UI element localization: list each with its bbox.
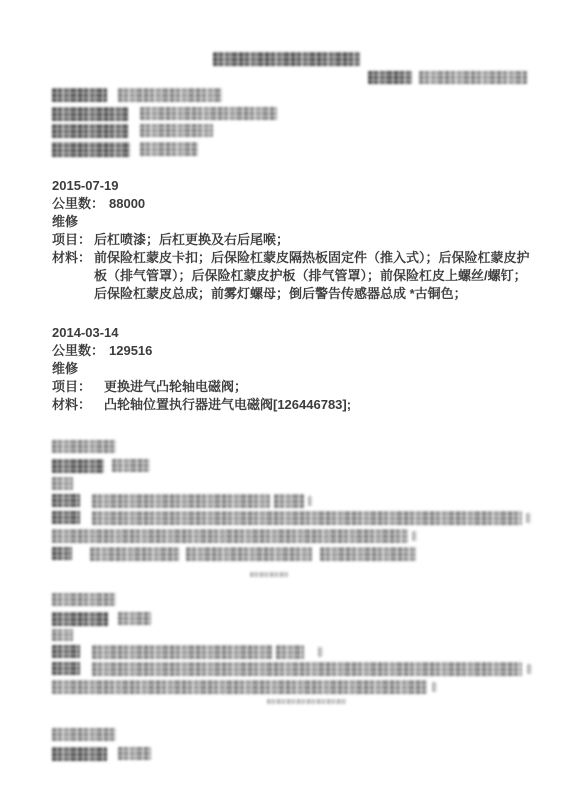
material-text: 前保险杠蒙皮卡扣；后保险杠蒙皮隔热板固定件（推入式）；后保险杠蒙皮护 板（排气管… — [94, 249, 530, 303]
record4-trailing-smudge-redacted — [267, 699, 347, 704]
km-value: 88000 — [109, 196, 145, 211]
km-line: 公里数：129516 — [52, 342, 534, 360]
maintenance-report-page: 2015-07-19 公里数：88000 维修 项目： 后杠喷漆；后杠更换及右后… — [0, 0, 576, 786]
info-row4-label-redacted — [52, 142, 130, 157]
record4-project-paren-redacted — [276, 645, 304, 659]
record3-project-paren-redacted — [274, 494, 304, 508]
material-label: 材料： — [52, 249, 94, 303]
report-title-redacted — [213, 52, 360, 66]
record4-km-label-redacted — [52, 612, 108, 626]
record4-material-line2-tail-redacted — [432, 682, 437, 692]
record4-material-label-redacted — [52, 662, 80, 675]
info-row2-value-redacted — [140, 107, 277, 120]
record5-km-label-redacted — [52, 747, 107, 761]
record4-material-line2-redacted — [52, 680, 427, 694]
record3-material-line2-tail-redacted — [412, 531, 417, 541]
record-date: 2015-07-19 — [52, 177, 534, 195]
record5-date-redacted — [52, 728, 116, 741]
record3-type-redacted — [52, 477, 73, 490]
header-date-value-redacted — [419, 71, 527, 84]
record-date: 2014-03-14 — [52, 324, 534, 342]
project-label: 项目： — [52, 231, 94, 249]
info-row3-value-redacted — [140, 124, 213, 137]
km-label: 公里数： — [52, 343, 104, 358]
record3-date-redacted — [52, 440, 116, 453]
km-label: 公里数： — [52, 196, 104, 211]
record4-project-text-redacted — [92, 645, 272, 659]
record3-extra-label-redacted — [52, 547, 72, 560]
km-value: 129516 — [109, 343, 152, 358]
record3-project-text-redacted — [92, 494, 270, 508]
project-text: 更换进气凸轮轴电磁阀； — [104, 378, 247, 396]
maintenance-record-2014-03-14: 2014-03-14 公里数：129516 维修 项目： 更换进气凸轮轴电磁阀；… — [52, 324, 534, 414]
record3-material-line1-tail-redacted — [526, 513, 531, 523]
record3-km-value-redacted — [112, 459, 150, 472]
record3-trailing-smudge-redacted — [250, 572, 288, 577]
info-row4-value-redacted — [140, 142, 198, 156]
maintenance-record-2015-07-19: 2015-07-19 公里数：88000 维修 项目： 后杠喷漆；后杠更换及右后… — [52, 177, 534, 303]
project-text: 后杠喷漆；后杠更换及右后尾喉； — [94, 231, 289, 249]
record3-extra-chunk2-redacted — [186, 547, 312, 561]
record5-km-value-redacted — [118, 747, 151, 760]
record4-type-redacted — [52, 629, 73, 641]
header-date-label-redacted — [368, 71, 412, 84]
info-row2-label-redacted — [52, 107, 128, 121]
record4-date-redacted — [52, 593, 116, 606]
material-text-line: 板（排气管罩）；后保险杠蒙皮护板（排气管罩）；前保险杠皮上螺丝/螺钉； — [94, 267, 530, 285]
record3-extra-chunk3-redacted — [320, 547, 416, 561]
record3-project-label-redacted — [52, 494, 80, 507]
material-line: 材料： 凸轮轴位置执行器进气电磁阀[126446783]; — [52, 396, 534, 414]
material-text-line: 前保险杠蒙皮卡扣；后保险杠蒙皮隔热板固定件（推入式）；后保险杠蒙皮护 — [94, 249, 530, 267]
material-text-line: 凸轮轴位置执行器进气电磁阀[126446783]; — [104, 396, 351, 414]
project-label: 项目： — [52, 378, 104, 396]
record3-extra-chunk1-redacted — [90, 547, 180, 561]
info-row1-label-redacted — [52, 88, 107, 102]
record4-material-line1-tail-redacted — [527, 664, 532, 674]
material-label: 材料： — [52, 396, 104, 414]
record3-project-tail-redacted — [308, 496, 312, 506]
project-line: 项目： 后杠喷漆；后杠更换及右后尾喉； — [52, 231, 534, 249]
record4-km-value-redacted — [118, 612, 151, 625]
record3-km-label-redacted — [52, 459, 104, 473]
record4-material-line1-redacted — [92, 662, 522, 676]
record3-material-line1-redacted — [92, 511, 522, 525]
material-line: 材料： 前保险杠蒙皮卡扣；后保险杠蒙皮隔热板固定件（推入式）；后保险杠蒙皮护 板… — [52, 249, 534, 303]
record4-project-label-redacted — [52, 645, 80, 658]
material-text-line: 后保险杠蒙皮总成；前雾灯螺母；倒后警告传感器总成 *古铜色； — [94, 285, 530, 303]
service-type: 维修 — [52, 360, 534, 378]
material-text: 凸轮轴位置执行器进气电磁阀[126446783]; — [104, 396, 351, 414]
info-row1-value-redacted — [118, 88, 222, 102]
record3-material-line2-redacted — [52, 529, 408, 543]
service-type: 维修 — [52, 213, 534, 231]
project-line: 项目： 更换进气凸轮轴电磁阀； — [52, 378, 534, 396]
record3-material-label-redacted — [52, 511, 80, 524]
record4-project-tail-redacted — [318, 647, 323, 657]
info-row3-label-redacted — [52, 124, 128, 138]
km-line: 公里数：88000 — [52, 195, 534, 213]
